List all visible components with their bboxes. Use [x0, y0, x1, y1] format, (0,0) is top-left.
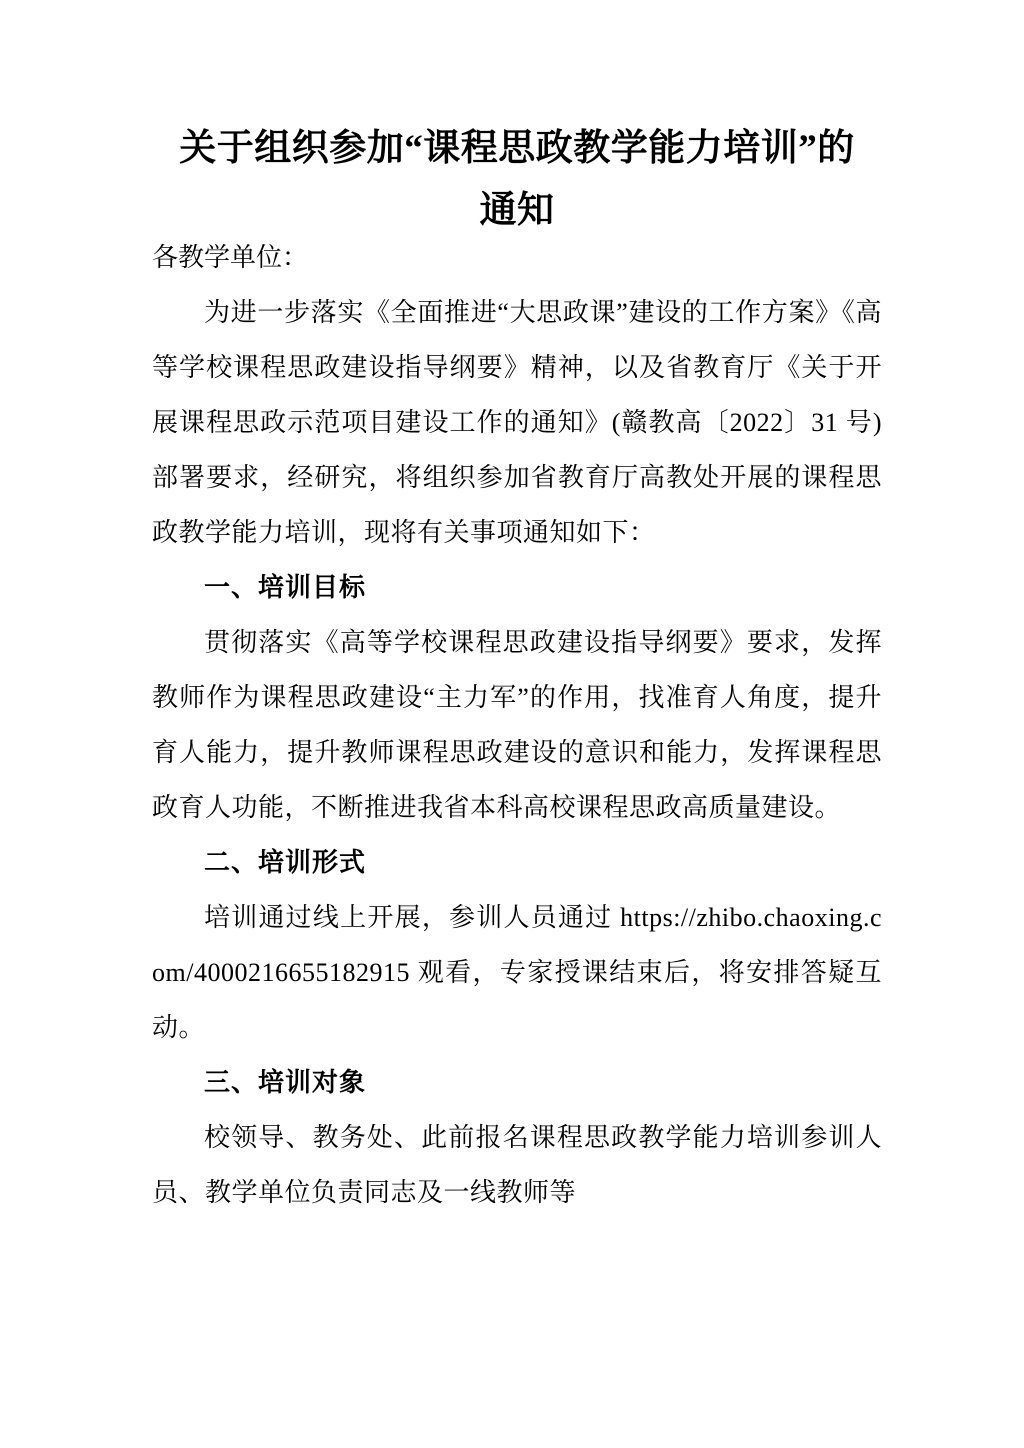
section-body-training-goal: 贯彻落实《高等学校课程思政建设指导纲要》要求，发挥教师作为课程思政建设“主力军”…	[152, 615, 882, 835]
document-content: 关于组织参加“课程思政教学能力培训”的 通知 各教学单位： 为进一步落实《全面推…	[152, 118, 882, 1220]
section-heading-training-goal: 一、培训目标	[152, 560, 882, 615]
document-page: 关于组织参加“课程思政教学能力培训”的 通知 各教学单位： 为进一步落实《全面推…	[0, 0, 1024, 1448]
intro-paragraph: 为进一步落实《全面推进“大思政课”建设的工作方案》《高等学校课程思政建设指导纲要…	[152, 285, 882, 560]
section-heading-training-format: 二、培训形式	[152, 835, 882, 890]
section-body-training-format: 培训通过线上开展，参训人员通过 https://zhibo.chaoxing.c…	[152, 890, 882, 1055]
section-body-training-audience: 校领导、教务处、此前报名课程思政教学能力培训参训人员、教学单位负责同志及一线教师…	[152, 1110, 882, 1220]
document-title-line-1: 关于组织参加“课程思政教学能力培训”的	[152, 118, 882, 180]
document-title: 关于组织参加“课程思政教学能力培训”的 通知	[152, 118, 882, 242]
section-heading-training-audience: 三、培训对象	[152, 1055, 882, 1110]
